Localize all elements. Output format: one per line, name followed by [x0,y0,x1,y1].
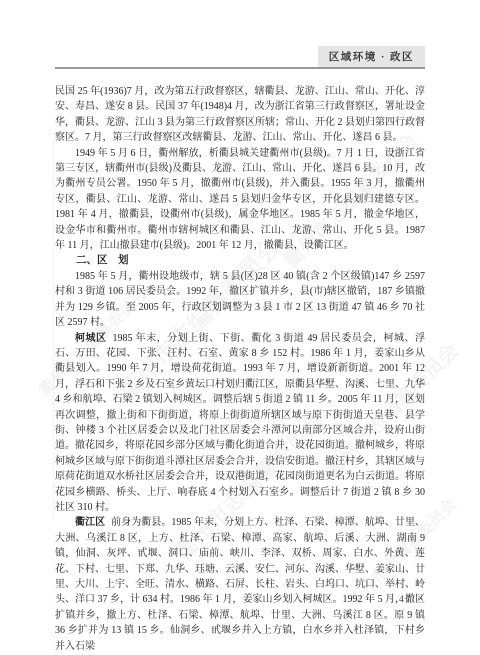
header-divider [55,67,425,69]
district-text-kecheng: 1985 年末，分划上街、下街、衢化 3 街道 49 居民委员会，柯城、浮石、万… [55,333,425,513]
paragraph-divisions-overview: 1985 年 5 月，衢州设地级市，辖 5 县(区)28 区 40 镇(含 2 … [55,269,425,331]
running-header: 区域环境 · 政区 [318,46,425,68]
scan-edge-line [53,140,54,520]
section-heading: 二、区 划 [55,253,425,268]
district-text-qujiang: 前身为衢县。1985 年末，分划上方、杜泽、石梁、樟潭、航埠、廿里、大洲、乌溪江… [55,517,425,651]
paragraph-qujiang-district: 衢江区前身为衢县。1985 年末，分划上方、杜泽、石梁、樟潭、航埠、廿里、大洲、… [55,515,425,654]
district-lead-qujiang: 衢江区 [75,517,105,528]
district-lead-kecheng: 柯城区 [75,333,107,344]
paragraph-history-1: 民国 25 年(1936)7 月，改为第五行政督察区，辖衢县、龙游、江山、常山、… [55,84,425,146]
paragraph-history-2: 1949 年 5 月 6 日，衢州解放，析衢县城关建衢州市(县级)。7 月 1 … [55,146,425,254]
paragraph-kecheng-district: 柯城区1985 年末，分划上街、下街、衢化 3 街道 49 居民委员会，柯城、浮… [55,331,425,516]
book-page: 衢州市志编纂委员会 衢州市志编纂委员会 衢州市志编纂委员会 衢州市志编纂委员会 … [0,0,480,655]
page-body: 民国 25 年(1936)7 月，改为第五行政督察区，辖衢县、龙游、江山、常山、… [55,84,425,654]
page-number: · 47 · [389,595,422,605]
